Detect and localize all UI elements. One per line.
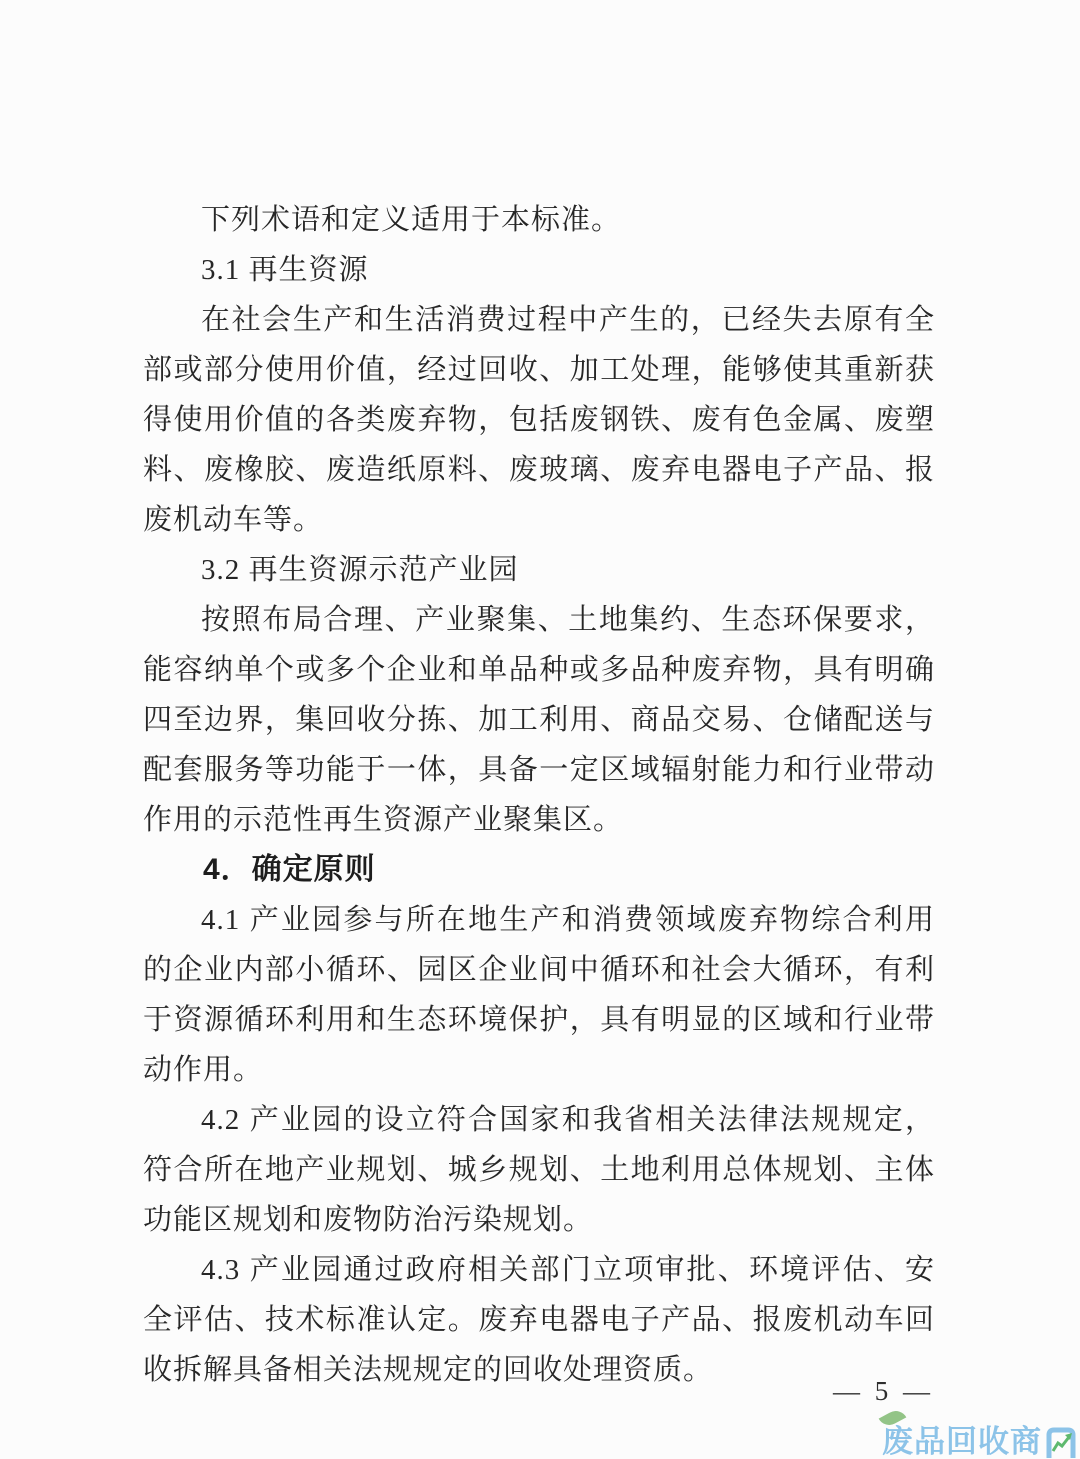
paragraph-rule-4-1: 4.1 产业园参与所在地生产和消费领域废弃物综合利用的企业内部小循环、园区企业间… — [143, 895, 935, 1095]
page-number: — 5 — — [833, 1376, 934, 1407]
watermark-text: 废品回收商 — [882, 1425, 1042, 1459]
document-page: 下列术语和定义适用于本标准。 3.1 再生资源 在社会生产和生活消费过程中产生的… — [0, 0, 1080, 1459]
subsection-heading-3-1: 3.1 再生资源 — [143, 245, 935, 295]
section-heading-4: 4．确定原则 — [143, 845, 935, 895]
paragraph-definition-resources: 在社会生产和生活消费过程中产生的，已经失去原有全部或部分使用价值，经过回收、加工… — [143, 295, 935, 545]
watermark-logo: 废品回收商 — [882, 1425, 1078, 1459]
document-body: 下列术语和定义适用于本标准。 3.1 再生资源 在社会生产和生活消费过程中产生的… — [143, 195, 935, 1395]
paragraph-rule-4-3: 4.3 产业园通过政府相关部门立项审批、环境评估、安全评估、技术标准认定。废弃电… — [143, 1245, 935, 1395]
paragraph-intro: 下列术语和定义适用于本标准。 — [143, 195, 935, 245]
paragraph-rule-4-2: 4.2 产业园的设立符合国家和我省相关法律法规规定，符合所在地产业规划、城乡规划… — [143, 1095, 935, 1245]
net-chart-icon — [1044, 1425, 1078, 1459]
subsection-heading-3-2: 3.2 再生资源示范产业园 — [143, 545, 935, 595]
paragraph-definition-industrial-park: 按照布局合理、产业聚集、土地集约、生态环保要求，能容纳单个或多个企业和单品种或多… — [143, 595, 935, 845]
